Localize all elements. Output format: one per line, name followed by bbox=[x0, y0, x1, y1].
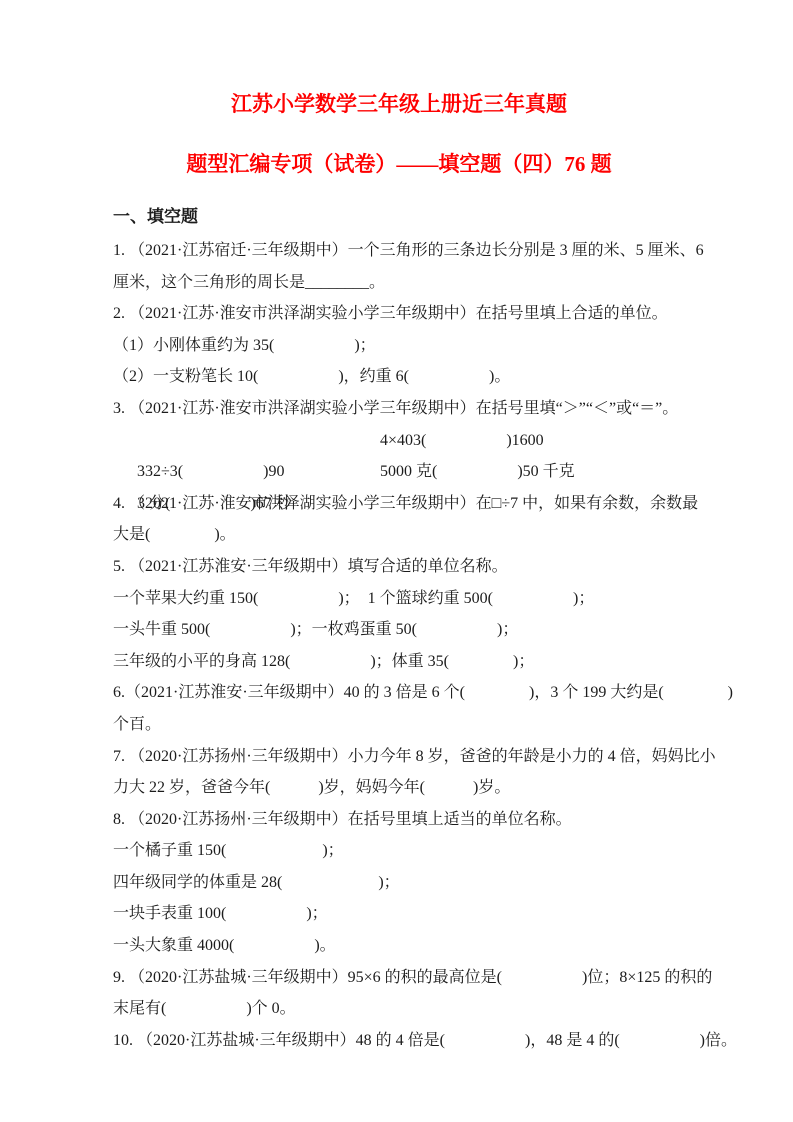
compare-item-right: 4×403( )1600 bbox=[380, 425, 544, 457]
question-2-sub-2: （2）一支粉笔长 10( )，约重 6( )。 bbox=[113, 361, 685, 393]
question-1-line-2: 厘米，这个三角形的周长是________。 bbox=[113, 267, 685, 299]
question-10-line: 10. （2020·江苏盐城·三年级期中）48 的 4 倍是( )，48 是 4… bbox=[113, 1025, 685, 1057]
question-8-item-3: 一块手表重 100( )； bbox=[113, 898, 685, 930]
section-heading: 一、填空题 bbox=[113, 207, 685, 227]
question-1-line-1: 1. （2021·江苏宿迁·三年级期中）一个三角形的三条边长分别是 3 厘的米、… bbox=[113, 235, 685, 267]
question-4-line-2: 大是( )。 bbox=[113, 519, 685, 551]
question-3-row-2: 3 分( )67 秒 5000 克( )50 千克 bbox=[113, 456, 685, 488]
compare-item-right: 5000 克( )50 千克 bbox=[380, 456, 575, 488]
question-7-line-2: 力大 22 岁，爸爸今年( )岁，妈妈今年( )岁。 bbox=[113, 772, 685, 804]
question-8-item-1: 一个橘子重 150( )； bbox=[113, 835, 685, 867]
question-4-line-1: 4. （2021·江苏·淮安市洪泽湖实验小学三年级期中）在□÷7 中，如果有余数… bbox=[113, 488, 685, 520]
question-6-line-1: 6.（2021·江苏淮安·三年级期中）40 的 3 倍是 6 个( )，3 个 … bbox=[113, 677, 685, 709]
question-9-line-1: 9. （2020·江苏盐城·三年级期中）95×6 的积的最高位是( )位；8×1… bbox=[113, 962, 685, 994]
question-8-item-4: 一头大象重 4000( )。 bbox=[113, 930, 685, 962]
question-5-item-2: 一头牛重 500( )；一枚鸡蛋重 50( )； bbox=[113, 614, 685, 646]
question-2-sub-1: （1）小刚体重约为 35( )； bbox=[113, 330, 685, 362]
question-6-line-2: 个百。 bbox=[113, 709, 685, 741]
question-9-line-2: 末尾有( )个 0。 bbox=[113, 993, 685, 1025]
question-8-item-2: 四年级同学的体重是 28( )； bbox=[113, 867, 685, 899]
doc-title-line2: 题型汇编专项（试卷）——填空题（四）76 题 bbox=[113, 152, 685, 176]
question-5-item-1: 一个苹果大约重 150( )； 1 个篮球约重 500( )； bbox=[113, 583, 685, 615]
question-7-line-1: 7. （2020·江苏扬州·三年级期中）小力今年 8 岁，爸爸的年龄是小力的 4… bbox=[113, 741, 685, 773]
question-8-intro: 8. （2020·江苏扬州·三年级期中）在括号里填上适当的单位名称。 bbox=[113, 804, 685, 836]
question-5-item-3: 三年级的小平的身高 128( )；体重 35( )； bbox=[113, 646, 685, 678]
worksheet-page: 江苏小学数学三年级上册近三年真题 题型汇编专项（试卷）——填空题（四）76 题 … bbox=[0, 0, 793, 1122]
question-3-intro: 3. （2021·江苏·淮安市洪泽湖实验小学三年级期中）在括号里填“＞”“＜”或… bbox=[113, 393, 685, 425]
question-5-intro: 5. （2021·江苏淮安·三年级期中）填写合适的单位名称。 bbox=[113, 551, 685, 583]
question-3-row-1: 332÷3( )90 4×403( )1600 bbox=[113, 425, 685, 457]
doc-title-line1: 江苏小学数学三年级上册近三年真题 bbox=[113, 92, 685, 116]
question-2-intro: 2. （2021·江苏·淮安市洪泽湖实验小学三年级期中）在括号里填上合适的单位。 bbox=[113, 298, 685, 330]
question-list: 1. （2021·江苏宿迁·三年级期中）一个三角形的三条边长分别是 3 厘的米、… bbox=[113, 235, 685, 1056]
